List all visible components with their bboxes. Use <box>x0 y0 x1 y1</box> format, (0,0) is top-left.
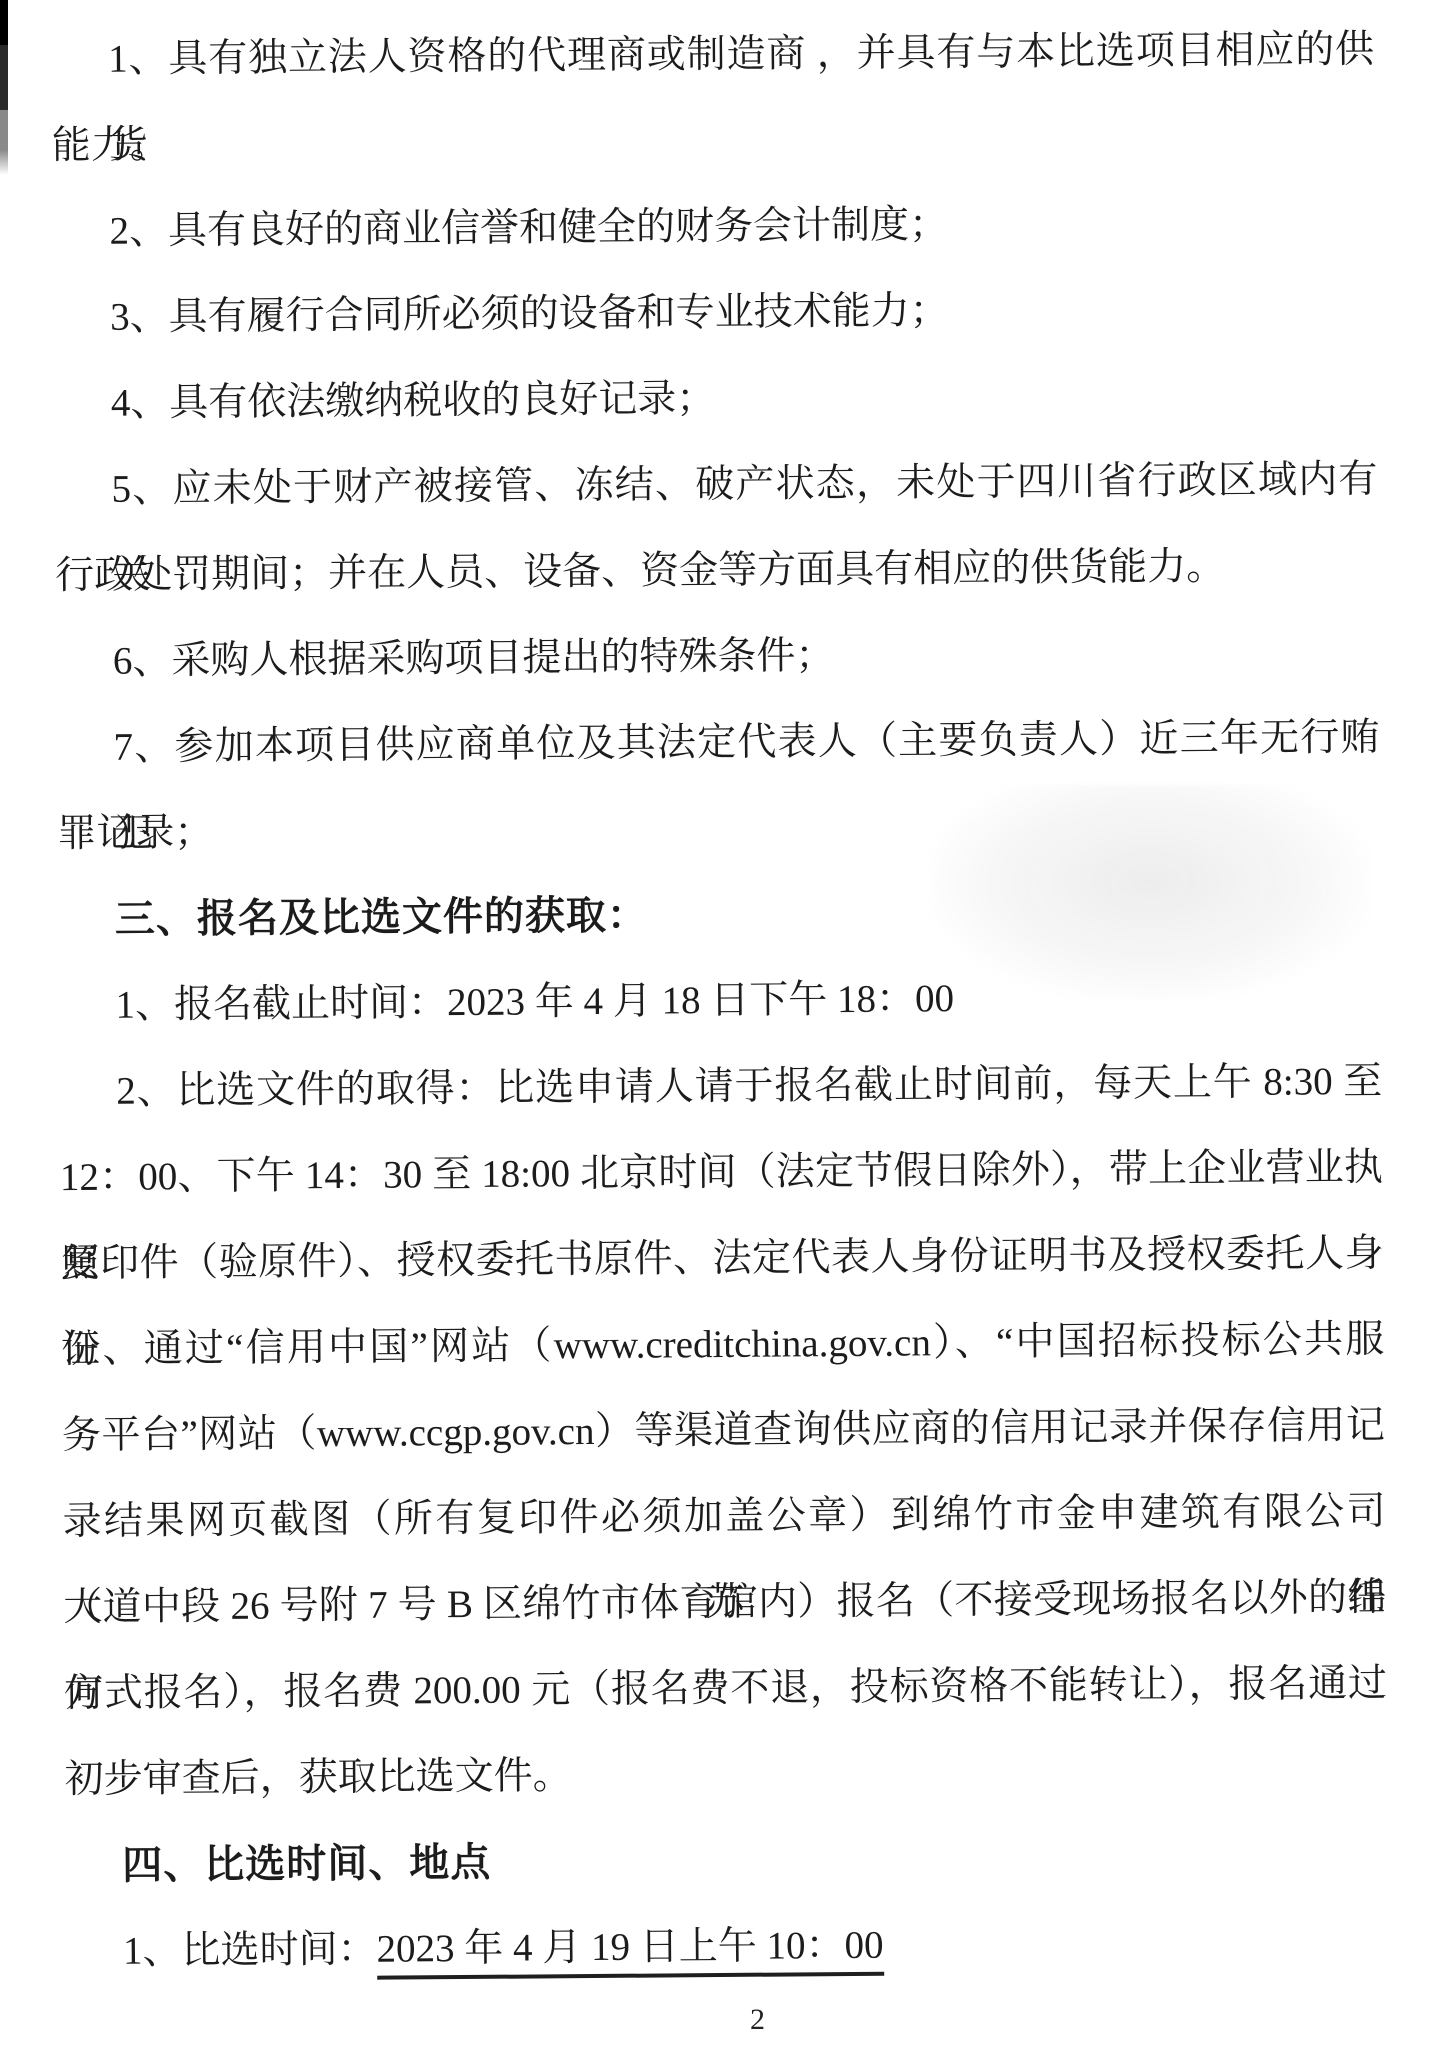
line-text: 1、比选时间： <box>123 1928 377 1973</box>
document-line: 1、具有独立法人资格的代理商或制造商 ，并具有与本比选项目相应的供货 <box>51 7 1375 103</box>
document-line: 12：00、下午 14：30 至 18:00 北京时间（法定节假日除外），带上企… <box>60 1125 1384 1221</box>
document-line: 初步审查后，获取比选文件。 <box>64 1727 1388 1823</box>
document-line: 方式报名），报名费 200.00 元（报名费不退，投标资格不能转让），报名通过 <box>64 1641 1388 1737</box>
document-line: 2、比选文件的取得：比选申请人请于报名截止时间前，每天上午 8:30 至 <box>59 1039 1383 1135</box>
document-line: 大道中段 26 号附 7 号 B 区绵竹市体育馆内）报名（不接受现场报名以外的任… <box>63 1555 1387 1651</box>
section-heading: 四、比选时间、地点 <box>65 1813 1389 1909</box>
document-line: 2、具有良好的商业信誉和健全的财务会计制度； <box>52 179 1376 275</box>
document-line: 4、具有依法缴纳税收的良好记录； <box>54 351 1378 447</box>
document-line: 1、比选时间：2023 年 4 月 19 日上午 10：00 <box>66 1899 1390 1995</box>
document-line: 3、具有履行合同所必须的设备和专业技术能力； <box>53 265 1377 361</box>
section-heading: 三、报名及比选文件的获取： <box>58 867 1382 963</box>
document-line: 务平台”网站（www.ccgp.gov.cn）等渠道查询供应商的信用记录并保存信… <box>62 1383 1386 1479</box>
document-body: 1、具有独立法人资格的代理商或制造商 ，并具有与本比选项目相应的供货能力。2、具… <box>0 6 1437 1995</box>
document-line: 录结果网页截图（所有复印件必须加盖公章）到绵竹市金申建筑有限公司（苏绵 <box>62 1469 1386 1565</box>
document-line: 6、采购人根据采购项目提出的特殊条件； <box>56 609 1380 705</box>
document-line: 行政处罚期间；并在人员、设备、资金等方面具有相应的供货能力。 <box>55 523 1379 619</box>
document-line: 罪记录； <box>57 781 1381 877</box>
underlined-text: 2023 年 4 月 19 日上午 10：00 <box>376 1924 883 1980</box>
page-number: 2 <box>750 2000 765 2040</box>
document-line: 1、报名截止时间：2023 年 4 月 18 日下午 18：00 <box>58 953 1382 1049</box>
scanned-document-page: { "page_number": "2", "document": { "lin… <box>0 0 1437 2053</box>
document-line: 证、通过“信用中国”网站（www.creditchina.gov.cn）、“中国… <box>61 1297 1385 1393</box>
document-line: 5、应未处于财产被接管、冻结、破产状态，未处于四川省行政区域内有关 <box>54 437 1378 533</box>
document-line: 能力。 <box>51 93 1375 189</box>
document-line: 复印件（验原件）、授权委托书原件、法定代表人身份证明书及授权委托人身份 <box>60 1211 1384 1307</box>
document-line: 7、参加本项目供应商单位及其法定代表人（主要负责人）近三年无行贿犯 <box>56 695 1380 791</box>
